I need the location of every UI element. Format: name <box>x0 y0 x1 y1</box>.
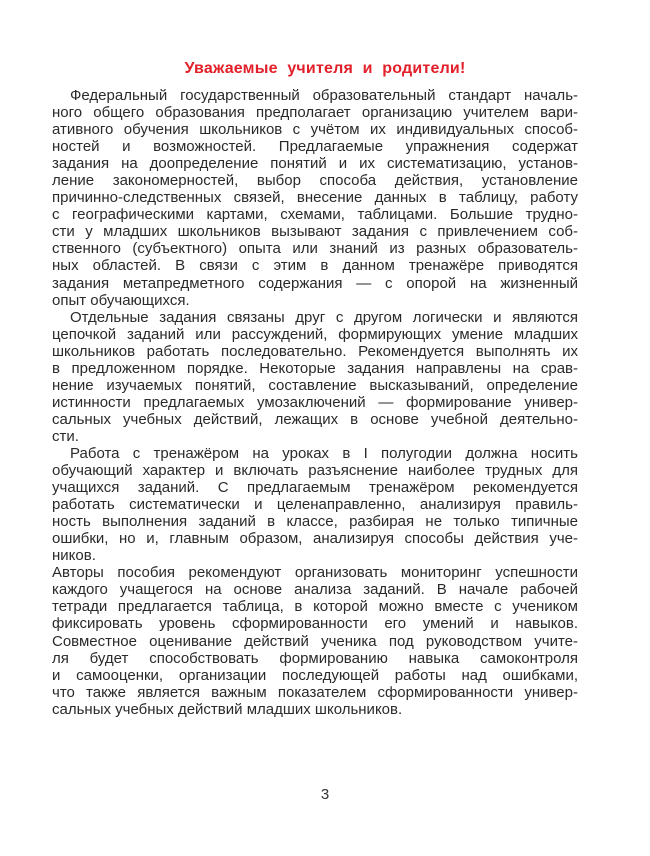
text-line: цепочкой заданий или рассуждений, формир… <box>52 326 578 343</box>
text-line: ностей и возможностей. Предлагаемые упра… <box>52 138 578 155</box>
text-line: ственного (субъектного) опыта или знаний… <box>52 240 578 257</box>
text-line: истинности предлагаемых умозаключений — … <box>52 394 578 411</box>
text-line: задания на доопределение понятий и их си… <box>52 155 578 172</box>
text-line: работать систематически и целенаправленн… <box>52 496 578 513</box>
text-line: каждого учащегося на основе анализа зада… <box>52 581 578 598</box>
paragraph-4: Авторы пособия рекомендуют организовать … <box>52 564 578 717</box>
text-line: Авторы пособия рекомендуют организовать … <box>52 564 578 581</box>
paragraph-3: Работа с тренажёром на уроках в I полуго… <box>52 445 578 564</box>
body-text: Федеральный государственный образователь… <box>52 87 578 718</box>
text-line: с географическими картами, схемами, табл… <box>52 206 578 223</box>
text-line: ля будет способствовать формированию нав… <box>52 650 578 667</box>
text-line: Совместное оценивание действий ученика п… <box>52 633 578 650</box>
text-line: ность выполнения заданий в классе, разби… <box>52 513 578 530</box>
text-line: Работа с тренажёром на уроках в I полуго… <box>52 445 578 462</box>
text-line: ного общего образования предполагает орг… <box>52 104 578 121</box>
text-line: ных областей. В связи с этим в данном тр… <box>52 257 578 274</box>
text-line: опыт обучающихся. <box>52 292 578 309</box>
text-line: Отдельные задания связаны друг с другом … <box>52 309 578 326</box>
text-line: и самооценки, организации последующей ра… <box>52 667 578 684</box>
text-line: сальных учебных действий, лежащих в осно… <box>52 411 578 428</box>
text-line: причинно-следственных связей, внесение д… <box>52 189 578 206</box>
text-line: ативного обучения школьников с учётом их… <box>52 121 578 138</box>
text-line: учащихся заданий. С предлагаемым тренажё… <box>52 479 578 496</box>
text-line: что также является важным показателем сф… <box>52 684 578 701</box>
text-line: задания метапредметного содержания — с о… <box>52 275 578 292</box>
text-line: ников. <box>52 547 578 564</box>
text-line: Федеральный государственный образователь… <box>52 87 578 104</box>
document-page: Уважаемые учителя и родители! Федеральны… <box>0 0 650 856</box>
text-line: ление закономерностей, выбор способа дей… <box>52 172 578 189</box>
text-line: сти. <box>52 428 578 445</box>
page-number: 3 <box>0 786 650 803</box>
text-line: обучающий характер и включать разъяснени… <box>52 462 578 479</box>
text-line: тетради предлагается таблица, в которой … <box>52 598 578 615</box>
page-title: Уважаемые учителя и родители! <box>0 60 650 78</box>
paragraph-1: Федеральный государственный образователь… <box>52 87 578 309</box>
text-line: нение изучаемых понятий, составление выс… <box>52 377 578 394</box>
text-line: в предложенном порядке. Некоторые задани… <box>52 360 578 377</box>
text-line: сальных учебных действий младших школьни… <box>52 701 578 718</box>
text-line: фиксировать уровень сформированности его… <box>52 615 578 632</box>
text-line: ошибки, но и, главным образом, анализиру… <box>52 530 578 547</box>
text-line: школьников работать последовательно. Рек… <box>52 343 578 360</box>
text-line: сти у младших школьников вызывают задани… <box>52 223 578 240</box>
paragraph-2: Отдельные задания связаны друг с другом … <box>52 309 578 445</box>
